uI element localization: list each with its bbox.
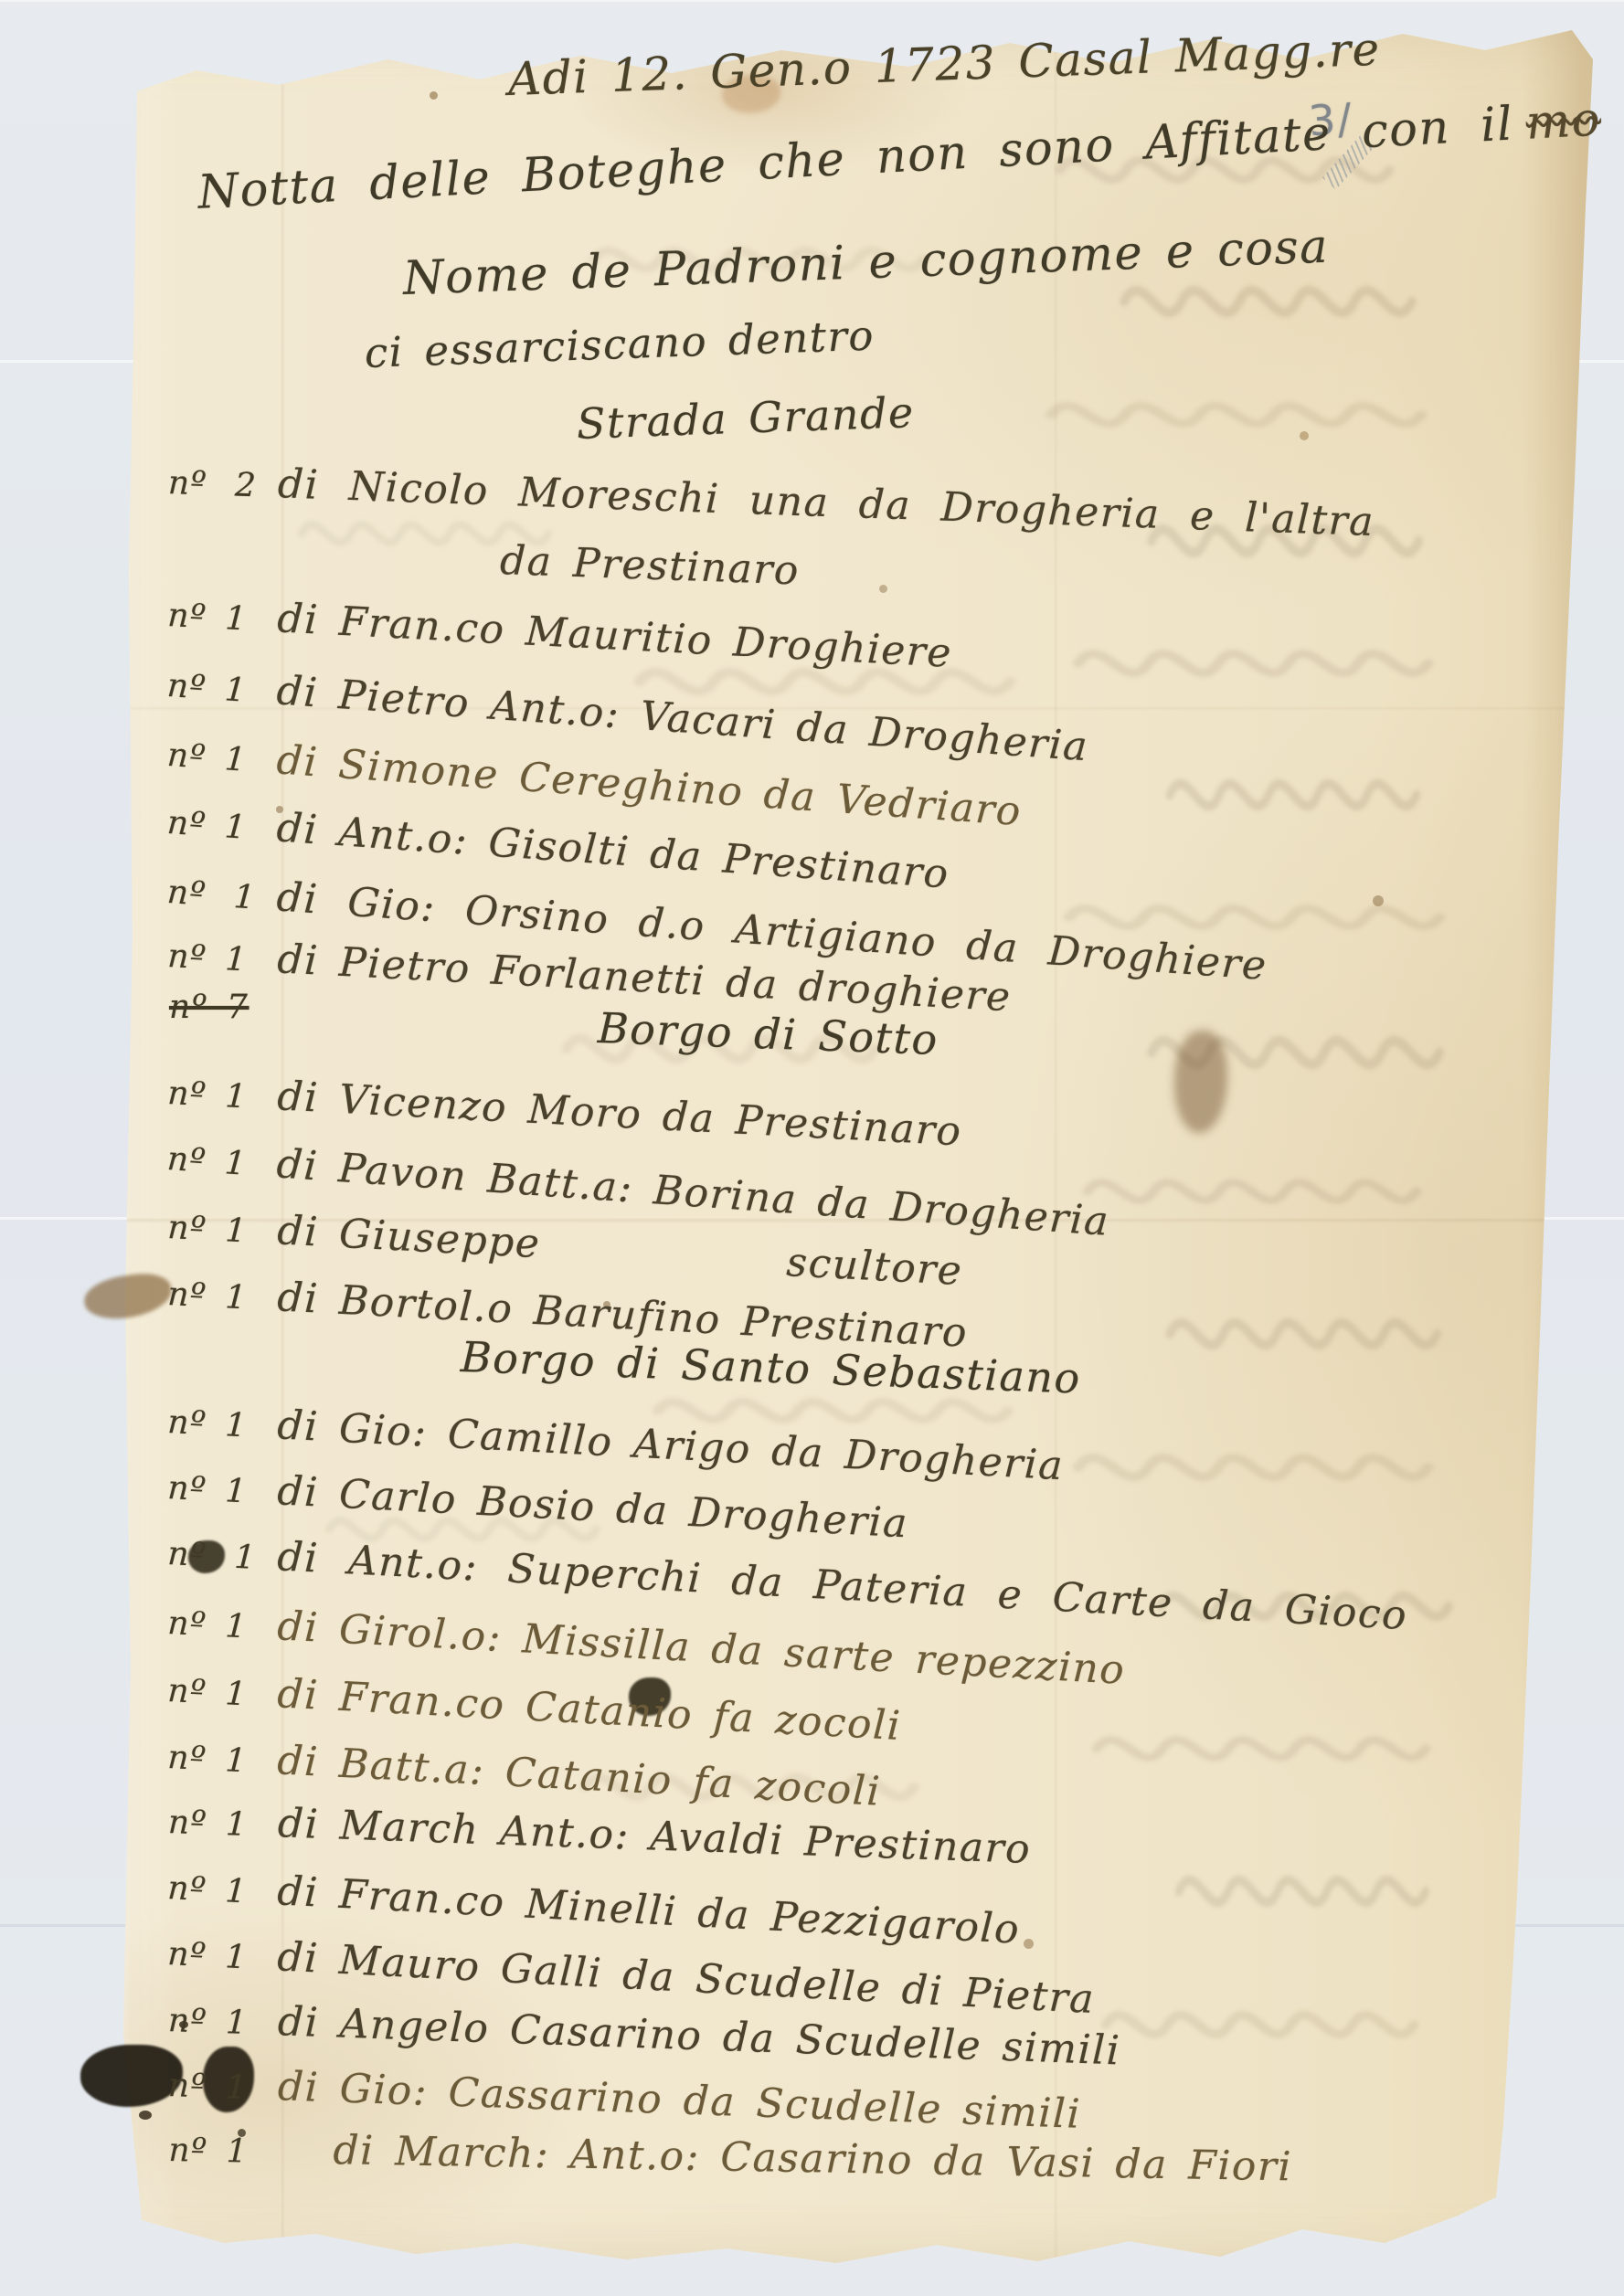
scanned-manuscript-page: Adi 12. Gen.o 1723 Casal Magg.re 3/ Nott… — [0, 0, 1624, 2296]
manuscript-paper-sheet — [87, 23, 1604, 2270]
